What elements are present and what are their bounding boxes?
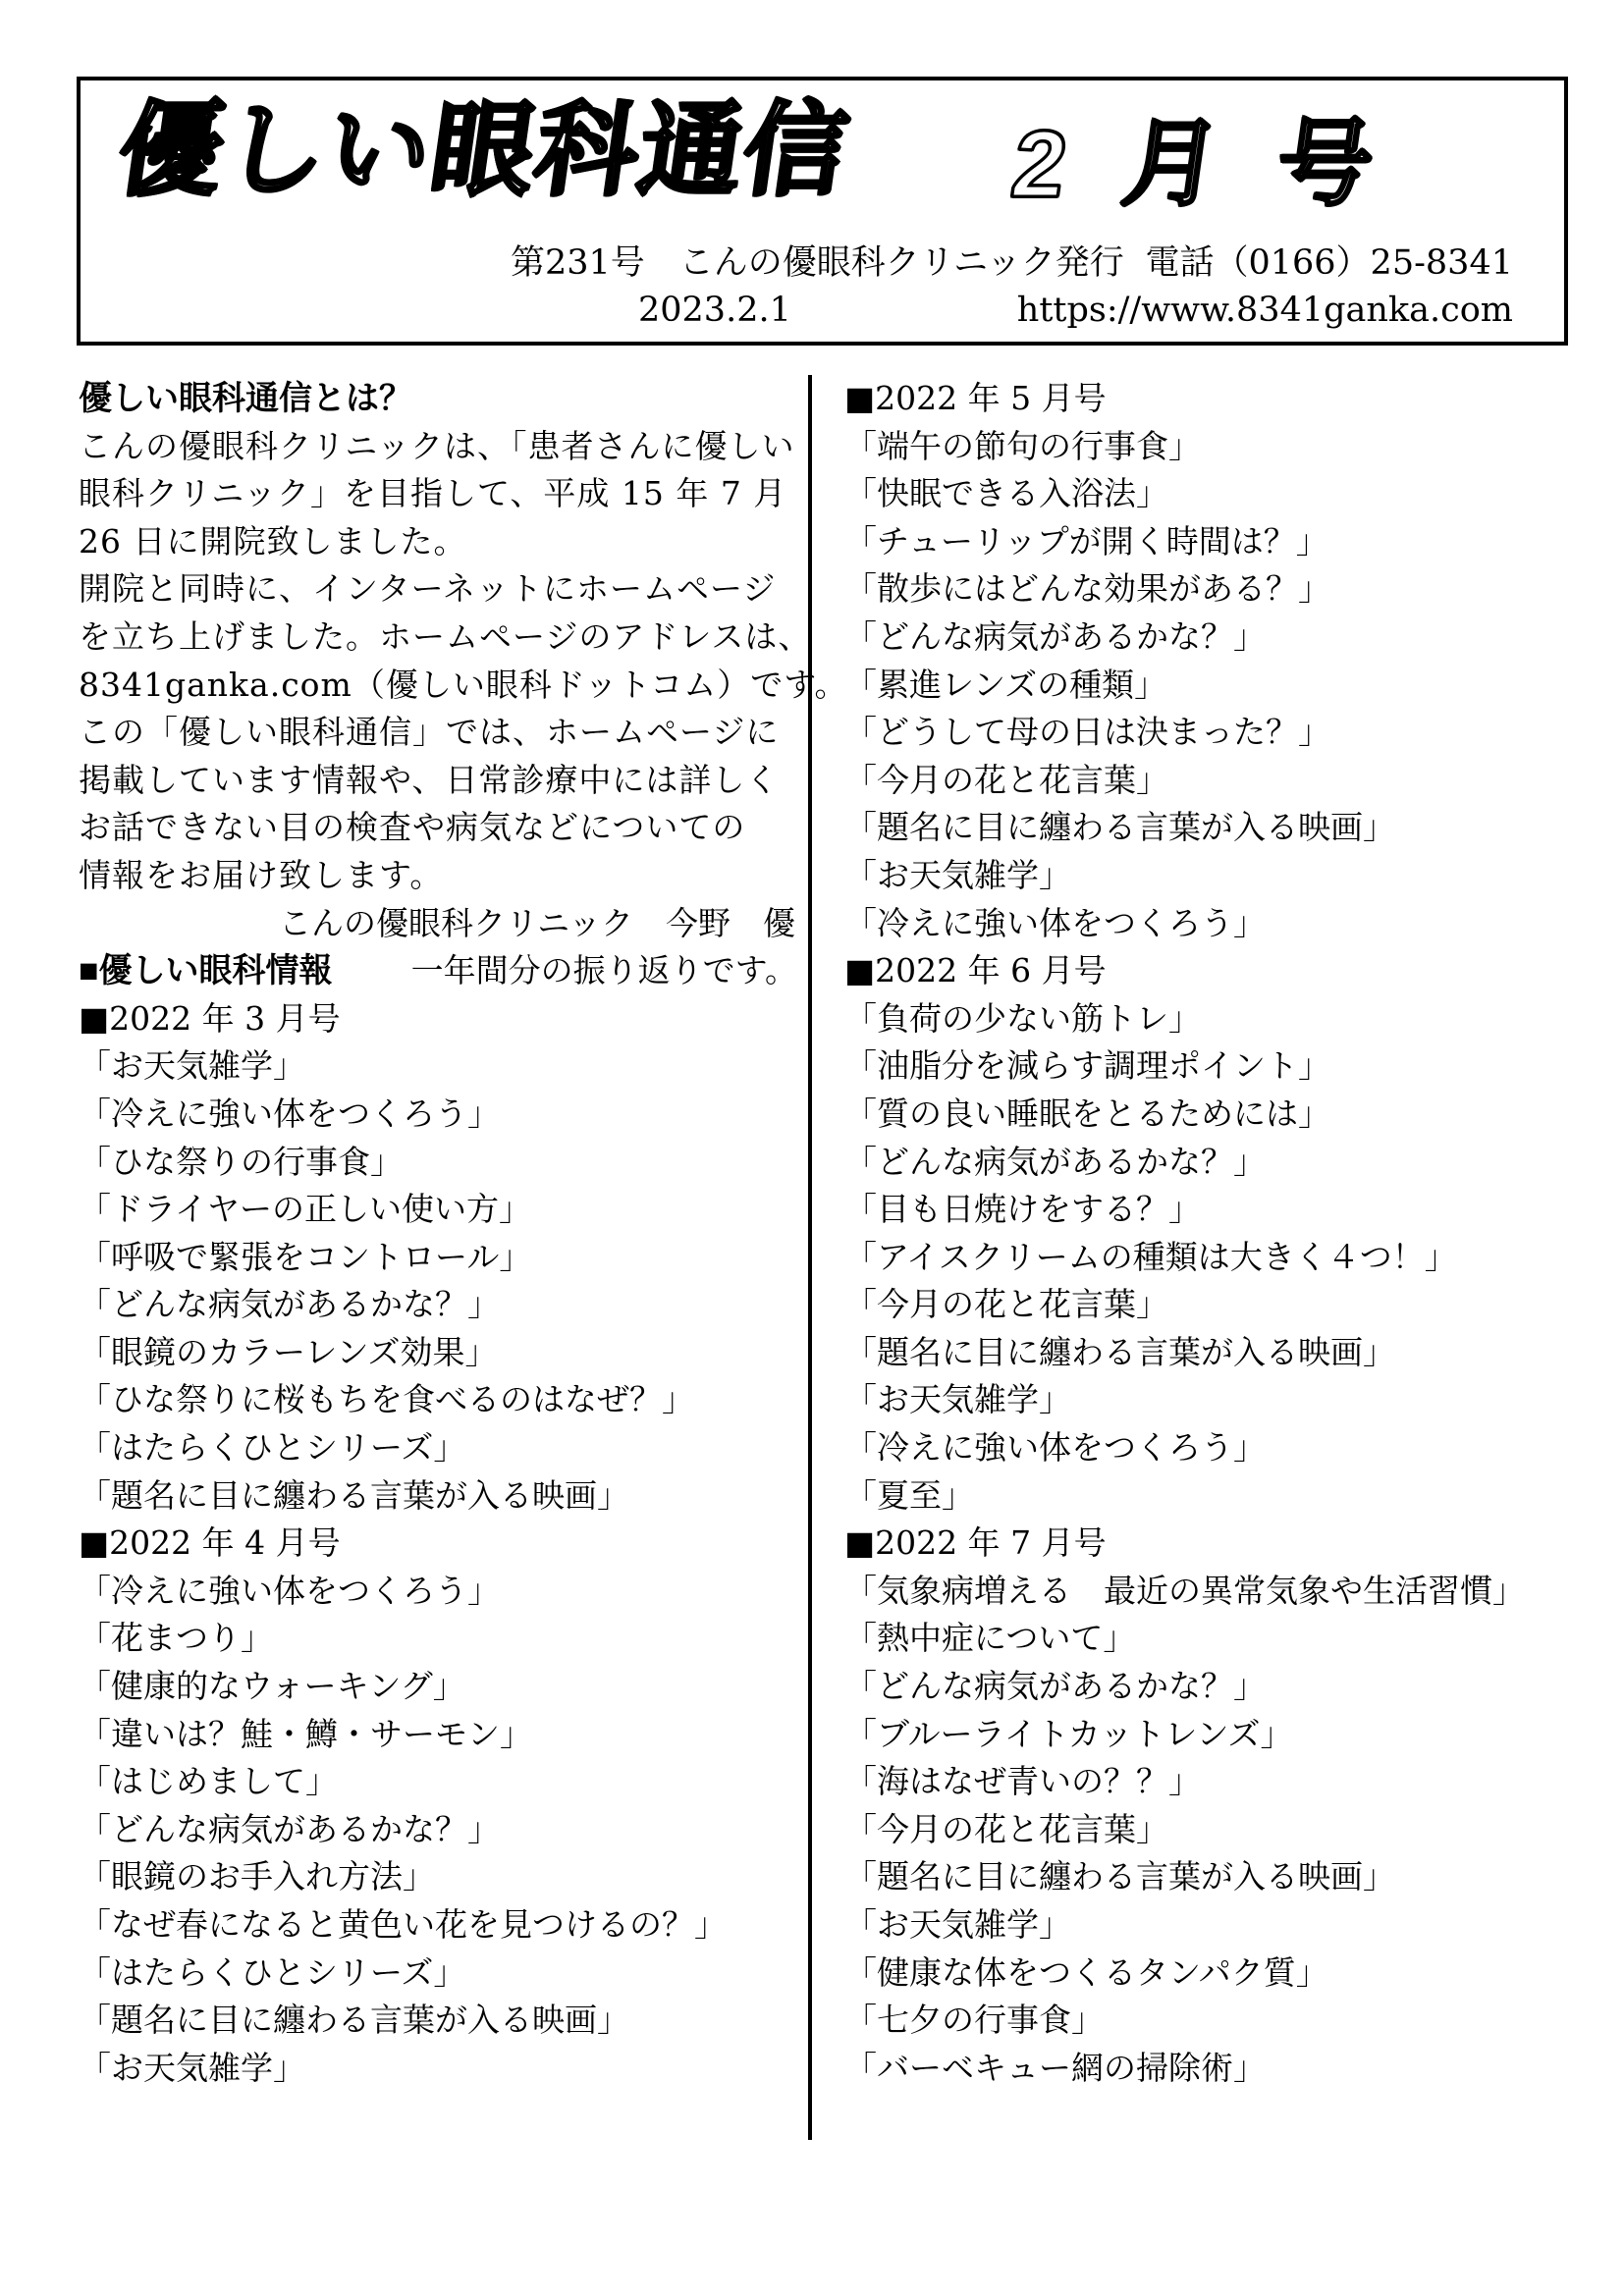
article-title: 「健康的なウォーキング」: [79, 1663, 797, 1711]
article-title: 「負荷の少ない筋トレ」: [844, 995, 1571, 1043]
column-divider: [808, 375, 812, 2140]
article-title: 「今月の花と花言葉」: [844, 1281, 1571, 1329]
intro-line: この「優しい眼科通信」では、ホームページに: [79, 709, 797, 757]
left-issue-lists: ■2022 年 3 月号「お天気雑学」「冷えに強い体をつくろう」「ひな祭りの行事…: [79, 995, 797, 2093]
article-title: 「題名に目に纏わる言葉が入る映画」: [844, 1853, 1571, 1901]
article-title: 「質の良い睡眠をとるためには」: [844, 1091, 1571, 1139]
article-title: 「はじめまして」: [79, 1758, 797, 1806]
article-title: 「アイスクリームの種類は大きく４つ！」: [844, 1234, 1571, 1282]
issue-heading: ■2022 年 5 月号: [844, 375, 1571, 423]
article-title: 「眼鏡のお手入れ方法」: [79, 1853, 797, 1901]
article-title: 「どんな病気があるかな？」: [844, 1139, 1571, 1187]
about-heading: 優しい眼科通信とは？: [79, 375, 797, 423]
phone-number: 電話（0166）25-8341: [1145, 241, 1513, 287]
article-title: 「バーベキュー網の掃除術」: [844, 2045, 1571, 2093]
article-title: 「ひな祭りに桜もちを食べるのはなぜ？」: [79, 1376, 797, 1424]
article-title: 「海はなぜ青いの？？」: [844, 1758, 1571, 1806]
article-title: 「題名に目に纏わる言葉が入る映画」: [79, 1472, 797, 1521]
article-title: 「違いは？鮭・鱒・サーモン」: [79, 1711, 797, 1759]
article-title: 「どんな病気があるかな？」: [79, 1281, 797, 1329]
article-title: 「夏至」: [844, 1472, 1571, 1521]
issue-heading: ■2022 年 4 月号: [79, 1520, 797, 1568]
article-title: 「目も日焼けをする？」: [844, 1186, 1571, 1234]
info-note: 一年間分の振り返りです。: [411, 947, 797, 995]
intro-line: を立ち上げました。ホームページのアドレスは、: [79, 614, 797, 662]
article-title: 「お天気雑学」: [79, 2045, 797, 2093]
article-title: 「七夕の行事食」: [844, 1997, 1571, 2045]
article-title: 「今月の花と花言葉」: [844, 1806, 1571, 1854]
website-url: https://www.8341ganka.com: [1017, 289, 1513, 334]
article-title: 「題名に目に纏わる言葉が入る映画」: [844, 1329, 1571, 1377]
article-title: 「お天気雑学」: [844, 852, 1571, 900]
article-title: 「どんな病気があるかな？」: [79, 1806, 797, 1854]
intro-paragraph: こんの優眼科クリニックは、「患者さんに優しい眼科クリニック」を目指して、平成 1…: [79, 423, 797, 900]
left-column: 優しい眼科通信とは？ こんの優眼科クリニックは、「患者さんに優しい眼科クリニック…: [79, 375, 797, 2092]
article-title: 「ひな祭りの行事食」: [79, 1139, 797, 1187]
article-title: 「気象病増える 最近の異常気象や生活習慣」: [844, 1568, 1571, 1616]
article-title: 「花まつり」: [79, 1615, 797, 1663]
article-title: 「眼鏡のカラーレンズ効果」: [79, 1329, 797, 1377]
intro-line: 開院と同時に、インターネットにホームページ: [79, 565, 797, 614]
info-heading: ■優しい眼科情報: [79, 947, 333, 995]
intro-line: こんの優眼科クリニックは、「患者さんに優しい: [79, 423, 797, 471]
article-title: 「散歩にはどんな効果がある？」: [844, 565, 1571, 614]
article-title: 「題名に目に纏わる言葉が入る映画」: [79, 1997, 797, 2045]
edition-publisher: 第231号 こんの優眼科クリニック発行: [511, 241, 1124, 287]
article-title: 「チューリップが開く時間は？」: [844, 518, 1571, 566]
right-column: ■2022 年 5 月号「端午の節句の行事食」「快眠できる入浴法」「チューリップ…: [844, 375, 1571, 2092]
masthead-box: 優しい眼科通信 2月号 第231号 こんの優眼科クリニック発行 電話（0166）…: [77, 77, 1568, 346]
date-line: 2023.2.1 https://www.8341ganka.com: [81, 289, 1564, 334]
article-title: 「ブルーライトカットレンズ」: [844, 1711, 1571, 1759]
issue-heading: ■2022 年 6 月号: [844, 947, 1571, 995]
article-title: 「快眠できる入浴法」: [844, 470, 1571, 518]
article-title: 「どんな病気があるかな？」: [844, 614, 1571, 662]
article-title: 「冷えに強い体をつくろう」: [79, 1091, 797, 1139]
article-title: 「健康な体をつくるタンパク質」: [844, 1949, 1571, 1998]
signature-line: こんの優眼科クリニック 今野 優: [79, 900, 797, 948]
article-title: 「冷えに強い体をつくろう」: [844, 1424, 1571, 1472]
article-title: 「冷えに強い体をつくろう」: [844, 900, 1571, 948]
intro-line: 情報をお届け致します。: [79, 852, 797, 900]
intro-line: 眼科クリニック」を目指して、平成 15 年 7 月: [79, 470, 797, 518]
article-title: 「冷えに強い体をつくろう」: [79, 1568, 797, 1616]
newsletter-page: { "header": { "title": "優しい眼科通信", "issue…: [0, 0, 1624, 2296]
issue-heading: ■2022 年 7 月号: [844, 1520, 1571, 1568]
article-title: 「はたらくひとシリーズ」: [79, 1949, 797, 1998]
article-title: 「お天気雑学」: [844, 1376, 1571, 1424]
publication-line: 第231号 こんの優眼科クリニック発行 電話（0166）25-8341: [81, 241, 1564, 287]
info-heading-line: ■優しい眼科情報 一年間分の振り返りです。: [79, 947, 797, 995]
intro-line: 掲載しています情報や、日常診療中には詳しく: [79, 757, 797, 805]
article-title: 「お天気雑学」: [79, 1042, 797, 1091]
issue-heading: ■2022 年 3 月号: [79, 995, 797, 1043]
article-title: 「累進レンズの種類」: [844, 662, 1571, 710]
newsletter-title: 優しい眼科通信: [113, 100, 856, 202]
article-title: 「どんな病気があるかな？」: [844, 1663, 1571, 1711]
article-title: 「端午の節句の行事食」: [844, 423, 1571, 471]
article-title: 「なぜ春になると黄色い花を見つけるの？」: [79, 1901, 797, 1949]
article-title: 「油脂分を減らす調理ポイント」: [844, 1042, 1571, 1091]
intro-line: 26 日に開院致しました。: [79, 518, 797, 566]
article-title: 「熱中症について」: [844, 1615, 1571, 1663]
intro-line: お話できない目の検査や病気などについての: [79, 804, 797, 852]
issue-date: 2023.2.1: [638, 289, 791, 334]
article-title: 「呼吸で緊張をコントロール」: [79, 1234, 797, 1282]
article-title: 「お天気雑学」: [844, 1901, 1571, 1949]
article-title: 「どうして母の日は決まった？」: [844, 709, 1571, 757]
article-title: 「今月の花と花言葉」: [844, 757, 1571, 805]
article-title: 「題名に目に纏わる言葉が入る映画」: [844, 804, 1571, 852]
issue-label: 2月号: [1006, 118, 1437, 212]
article-title: 「はたらくひとシリーズ」: [79, 1424, 797, 1472]
right-issue-lists: ■2022 年 5 月号「端午の節句の行事食」「快眠できる入浴法」「チューリップ…: [844, 375, 1571, 2092]
article-title: 「ドライヤーの正しい使い方」: [79, 1186, 797, 1234]
intro-line: 8341ganka.com（優しい眼科ドットコム）です。: [79, 662, 797, 710]
